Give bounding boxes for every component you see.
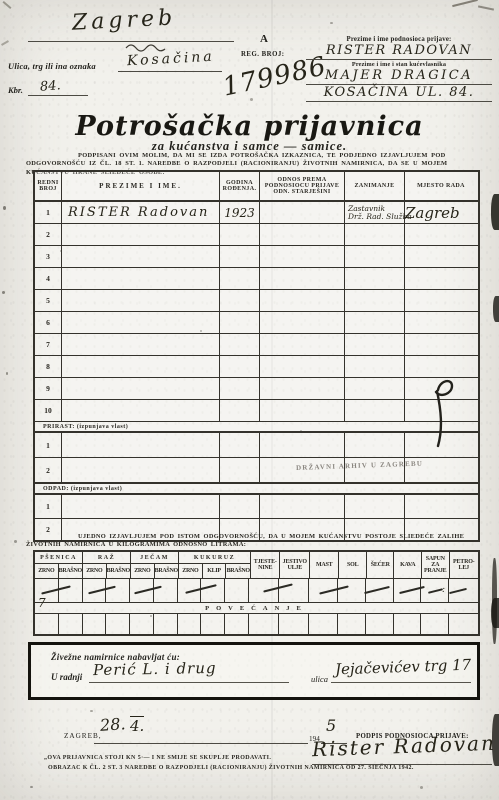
city-handwriting: Zagreb [71, 5, 176, 35]
table-row: 6 [35, 312, 478, 334]
shop-street-underline [331, 682, 471, 683]
pencil-mark [452, 0, 478, 7]
hand-colon-mark: : [442, 585, 445, 595]
speck [420, 786, 423, 789]
row-number: 1 [35, 202, 62, 223]
speck [60, 250, 62, 252]
header-zanimanje: ZANIMANJE [345, 172, 405, 200]
shop-street-handwriting: Jejačevićev trg 17 [335, 656, 472, 679]
workplace-handwriting: Zagreb [405, 204, 460, 222]
table-row: 4 [35, 268, 478, 290]
speck [120, 120, 122, 122]
scan-edge-artifact [491, 598, 499, 628]
date-month-handwriting: 4. [130, 716, 144, 735]
ink-flourish-mark [422, 376, 456, 450]
applicant-block: Prezime i ime podnosioca prijave: RISTER… [306, 36, 492, 102]
group-petrolej: PETRO- LEJ [450, 552, 478, 578]
form-title: Potrošačka prijavnica [0, 111, 499, 142]
speck [200, 330, 202, 332]
row-number: 1 [35, 433, 62, 457]
row-number: 8 [35, 356, 62, 377]
speck [2, 291, 5, 294]
group-mast: MAST [310, 552, 339, 578]
table-row: 3 [35, 246, 478, 268]
group-sapun: SAPUN ZA PRANJE [422, 552, 450, 578]
hand-seven-mark: 7 [38, 596, 46, 610]
applicant-label: Prezime i ime podnosioca prijave: [306, 36, 492, 43]
pencil-mark [3, 1, 12, 9]
row-number: 10 [35, 400, 62, 421]
table-row: 2 [35, 224, 478, 246]
row-number: 5 [35, 290, 62, 311]
row-number: 4 [35, 268, 62, 289]
street-handwriting: Kosačina [127, 49, 215, 70]
row-number: 2 [35, 458, 62, 482]
group-tjestenine: TJESTE- NINE [251, 552, 280, 578]
household-table-header: REDNI BROJ PREZIME I IME. GODINA ROĐENJA… [35, 172, 478, 202]
supplies-paragraph: UJEDNO IZJAVLJUJEM POD ISTOM ODGOVORNOŠĆ… [26, 533, 488, 549]
prirast-section-label: PRIRAST: (izpunjava vlast) [35, 421, 478, 433]
table-row: 7 [35, 334, 478, 356]
speck [6, 372, 8, 375]
year-handwriting: 5 [326, 716, 336, 735]
group-kava: KAVA [394, 552, 422, 578]
speck [330, 22, 333, 24]
table-row: 10 [35, 400, 478, 421]
row-number: 2 [35, 224, 62, 245]
header-redni-broj: REDNI BROJ [35, 172, 62, 200]
street-label: Ulica, trg ili ina oznaka [8, 61, 96, 71]
header-prezime-ime: PREZIME I IME. [62, 172, 220, 200]
supplies-header: PŠENICA ZRNOBRAŠNO RAŽ ZRNOBRAŠNO JEČAM … [35, 552, 478, 579]
group-secer: ŠEĆER [367, 552, 395, 578]
scan-edge-artifact [493, 296, 499, 322]
shop-name-underline [89, 682, 289, 683]
group-sol: SOL [339, 552, 367, 578]
table-row: 5 [35, 290, 478, 312]
odpad-row: 1 [35, 495, 478, 519]
group-jestivo-ulje: JESTIVO ULJE [280, 552, 309, 578]
speck [150, 615, 152, 617]
row-number: 1 [35, 495, 62, 518]
shop-box: Živežne namirnice nabavljat ću: U radnji… [28, 642, 480, 700]
povecanje-band: POVEĆANJE [35, 602, 478, 614]
scan-edge-artifact [491, 194, 499, 230]
kbr-underline [28, 95, 88, 96]
supplies-table: PŠENICA ZRNOBRAŠNO RAŽ ZRNOBRAŠNO JEČAM … [33, 550, 480, 636]
date-day-handwriting: 28. [99, 714, 126, 735]
group-kukuruz: KUKURUZ ZRNOKLIPBRAŠNO [179, 552, 251, 578]
speck [30, 786, 33, 788]
household-table: REDNI BROJ PREZIME I IME. GODINA ROĐENJA… [33, 170, 480, 542]
footer-city-label: ZAGREB, [64, 732, 102, 740]
table-row: 8 [35, 356, 478, 378]
row-number: 7 [35, 334, 62, 355]
odpad-section-label: ODPAD: (izpunjava vlast) [35, 484, 478, 495]
header-odnos: ODNOS PREMA PODNOSIOCU PRIJAVE ODN. STAR… [260, 172, 345, 200]
group-psenica: PŠENICA ZRNOBRAŠNO [35, 552, 83, 578]
header-mjesto-rada: MJESTO RADA [405, 172, 478, 200]
section-a-label: A [260, 33, 268, 45]
speck [3, 206, 6, 210]
applicant-name-handwriting: RISTER RADOVAN [306, 43, 492, 60]
header-godina: GODINA ROĐENJA. [220, 172, 260, 200]
shop-name-handwriting: Perić L. i drug [93, 659, 217, 679]
supplies-increase-row [35, 614, 478, 634]
scanned-form-page: Zagreb Ulica, trg ili ina oznaka Kosačin… [0, 0, 499, 800]
row-number: 9 [35, 378, 62, 399]
kbr-label: Kbr. [8, 85, 23, 95]
footer-note-price: „OVA PRIJAVNICA STOJI KN 5·— I NE SMIJE … [44, 755, 271, 761]
row-number: 3 [35, 246, 62, 267]
prirast-row: 1 [35, 433, 478, 458]
pencil-mark [478, 5, 494, 10]
speck [90, 710, 93, 712]
ulica-label: ulica [311, 674, 328, 684]
owner-address-handwriting: KOSAČINA UL. 84. [306, 85, 492, 102]
member-name-handwriting: RISTER Radovan [68, 205, 209, 220]
row-number: 6 [35, 312, 62, 333]
birth-year-handwriting: 1923 [224, 206, 255, 220]
footer-note-form: OBRAZAC K ČL. 2 ST. 3 NAREDBE O RAZPODJE… [48, 765, 414, 771]
table-row: 9 [35, 378, 478, 400]
owner-name-handwriting: MAJER DRAGICA [306, 68, 492, 85]
date-underline [94, 743, 308, 744]
occupation-line2-handwriting: Drž. Rad. Služba [348, 213, 412, 221]
pencil-mark [1, 40, 9, 46]
table-row: 1 RISTER Radovan 1923 Zastavnik Drž. Rad… [35, 202, 478, 224]
group-raz: RAŽ ZRNOBRAŠNO [83, 552, 131, 578]
reg-broj-label: REG. BROJ: [241, 51, 285, 58]
signature-handwriting: Rister Radovan [312, 731, 497, 761]
street-underline [118, 71, 222, 72]
scan-edge-artifact [492, 714, 499, 766]
kbr-handwriting: 84. [40, 78, 62, 94]
owner-label: Prezime i ime i stan kućevlasnika [306, 61, 492, 68]
speck [250, 98, 253, 101]
group-jecam: JEČAM ZRNOBRAŠNO [131, 552, 179, 578]
speck [14, 540, 17, 543]
speck [300, 430, 302, 432]
u-radnji-label: U radnji [51, 672, 82, 682]
